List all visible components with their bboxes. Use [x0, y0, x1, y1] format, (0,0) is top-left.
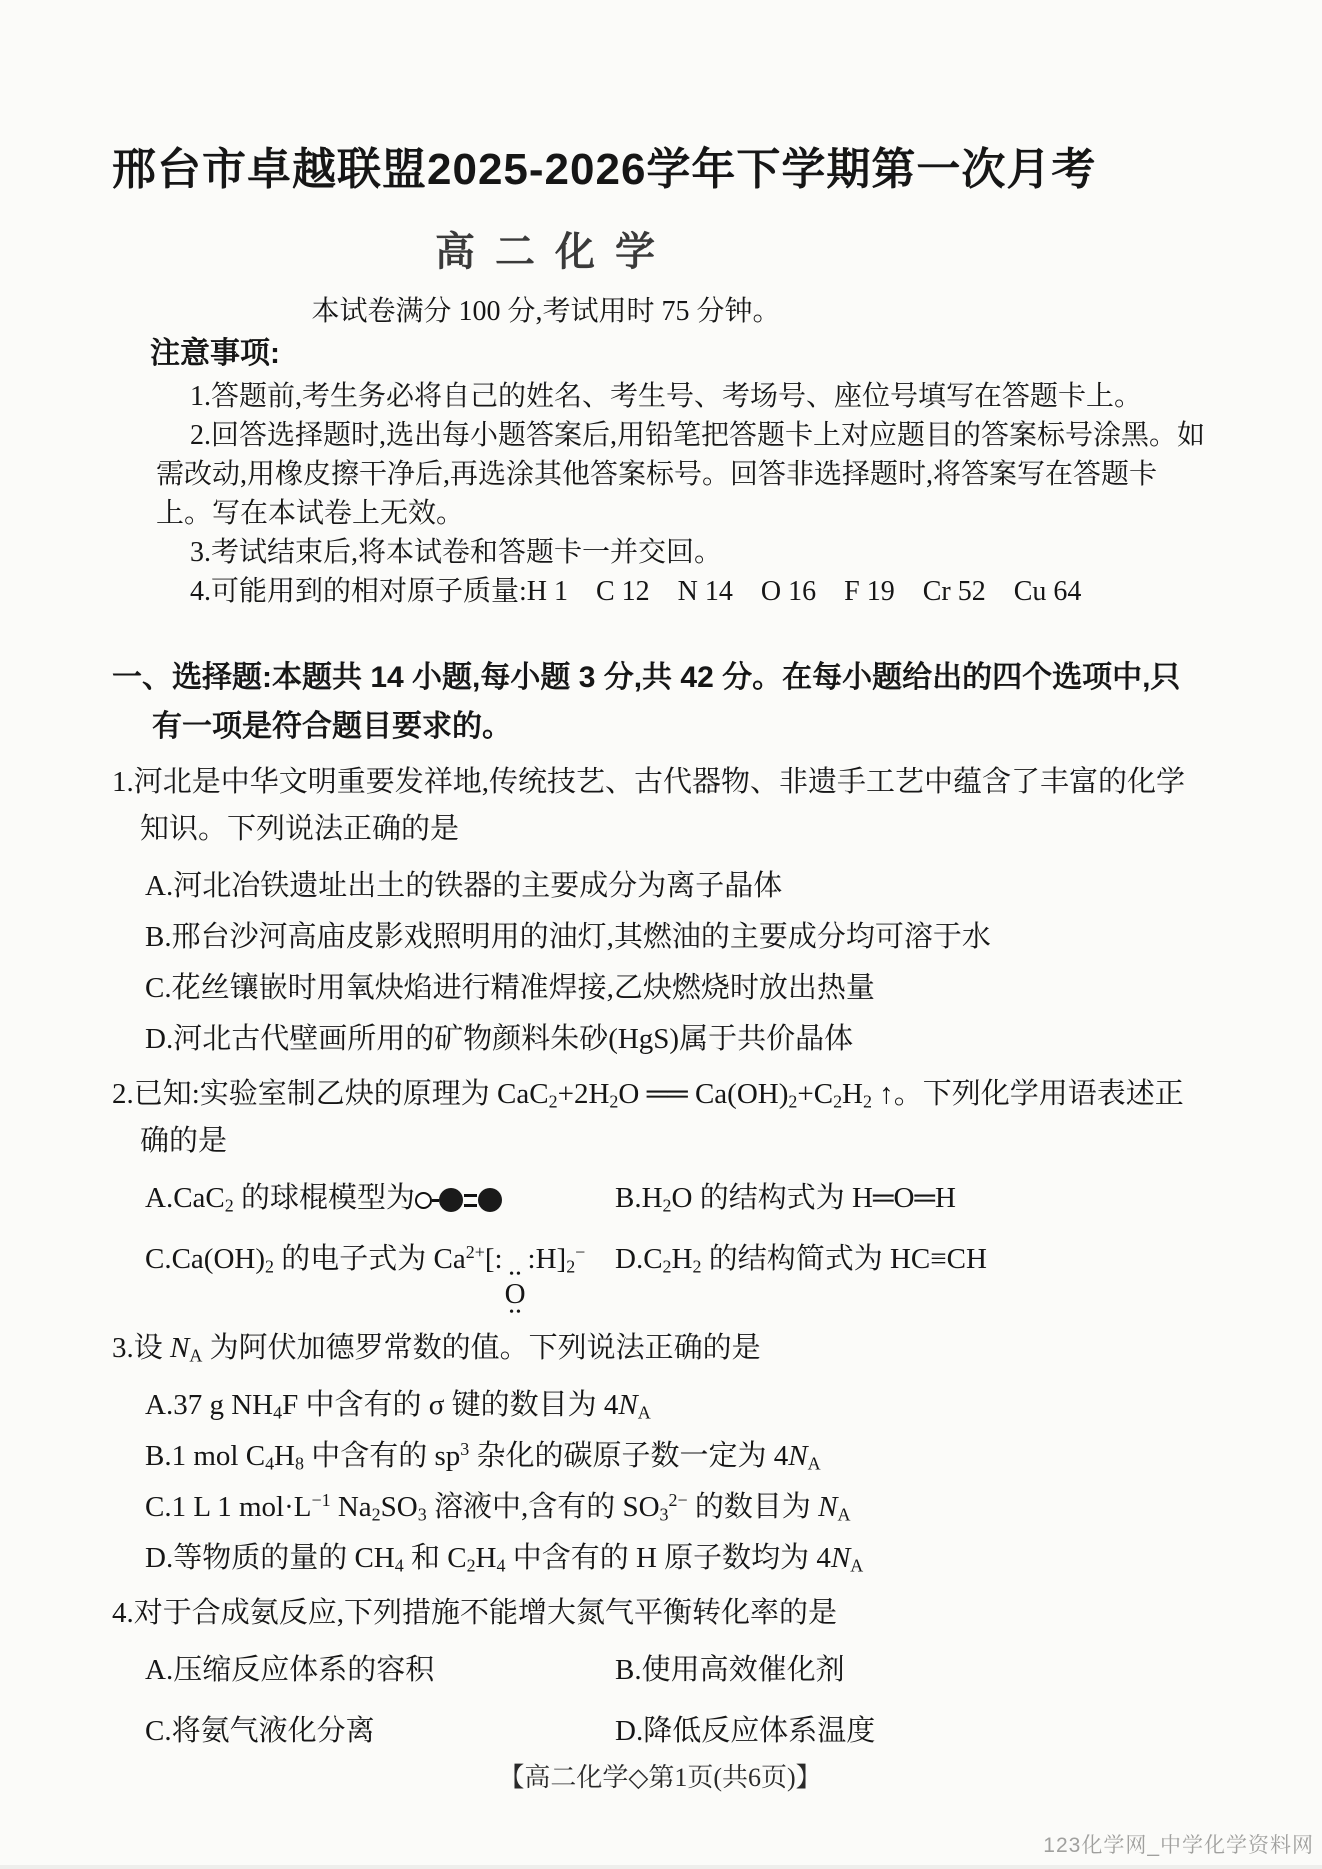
- question-2-option-A: A.CaC2 的球棍模型为: [145, 1175, 615, 1222]
- question-2-options: A.CaC2 的球棍模型为B.H2O 的结构式为 H═O═HC.Ca(OH)2 …: [112, 1175, 1208, 1317]
- question-4-stem: 4.对于合成氨反应,下列措施不能增大氮气平衡转化率的是: [112, 1590, 1208, 1637]
- question-1-option-B: B.邢台沙河高庙皮影戏照明用的油灯,其燃油的主要成分均可溶于水: [145, 914, 1208, 961]
- bond-icon: [432, 1199, 439, 1202]
- question-4-option-C: C.将氨气液化分离: [145, 1708, 615, 1755]
- question-3-option-C: C.1 L 1 mol·L−1 Na2SO3 溶液中,含有的 SO32− 的数目…: [145, 1484, 1208, 1531]
- exam-header: 邢台市卓越联盟2025-2026学年下学期第一次月考 高二化学 本试卷满分 10…: [112, 145, 980, 329]
- question-2-stem: 2.已知:实验室制乙炔的原理为 CaC2+2H2O ══ Ca(OH)2+C2H…: [112, 1071, 1208, 1165]
- question-4: 4.对于合成氨反应,下列措施不能增大氮气平衡转化率的是A.压缩反应体系的容积B.…: [112, 1590, 1208, 1755]
- question-3-stem: 3.设 NA 为阿伏加德罗常数的值。下列说法正确的是: [112, 1325, 1208, 1372]
- question-4-option-B: B.使用高效催化剂: [615, 1647, 1208, 1694]
- watermark: 123化学网_中学化学资料网: [1043, 1829, 1314, 1859]
- question-3-option-B: B.1 mol C4H8 中含有的 sp3 杂化的碳原子数一定为 4NA: [145, 1433, 1208, 1480]
- question-2-option-B: B.H2O 的结构式为 H═O═H: [615, 1175, 1208, 1222]
- bond-icon: [464, 1194, 477, 1207]
- question-3-options: A.37 g NH4F 中含有的 σ 键的数目为 4NAB.1 mol C4H8…: [112, 1382, 1208, 1582]
- exam-subject: 高二化学: [130, 229, 980, 275]
- notice-item-3: 3.考试结束后,将本试卷和答题卡一并交回。: [156, 533, 1208, 572]
- atom-ball-filled-icon: [478, 1188, 502, 1212]
- notice-item-4: 4.可能用到的相对原子质量:H 1 C 12 N 14 O 16 F 19 Cr…: [156, 572, 1208, 611]
- question-3: 3.设 NA 为阿伏加德罗常数的值。下列说法正确的是A.37 g NH4F 中含…: [112, 1325, 1208, 1582]
- question-1-stem: 1.河北是中华文明重要发祥地,传统技艺、古代器物、非遗手工艺中蕴含了丰富的化学知…: [112, 759, 1208, 853]
- question-4-options: A.压缩反应体系的容积B.使用高效催化剂C.将氨气液化分离D.降低反应体系温度: [112, 1647, 1208, 1755]
- question-1-option-A: A.河北冶铁遗址出土的铁器的主要成分为离子晶体: [145, 863, 1208, 910]
- question-2-option-C: C.Ca(OH)2 的电子式为 Ca2+[:••O••:H]2−: [145, 1236, 615, 1317]
- section-heading: 一、选择题:本题共 14 小题,每小题 3 分,共 42 分。在每小题给出的四个…: [112, 653, 1208, 751]
- question-2: 2.已知:实验室制乙炔的原理为 CaC2+2H2O ══ Ca(OH)2+C2H…: [112, 1071, 1208, 1317]
- atom-ball-filled-icon: [439, 1188, 463, 1212]
- atom-ball-open-icon: [415, 1192, 432, 1209]
- question-2-option-D: D.C2H2 的结构简式为 HC≡CH: [615, 1236, 1208, 1317]
- notice-section: 注意事项: 1.答题前,考生务必将自己的姓名、考生号、考场号、座位号填写在答题卡…: [112, 335, 1208, 611]
- notice-items: 1.答题前,考生务必将自己的姓名、考生号、考场号、座位号填写在答题卡上。 2.回…: [156, 377, 1208, 611]
- question-4-option-D: D.降低反应体系温度: [615, 1708, 1208, 1755]
- exam-title: 邢台市卓越联盟2025-2026学年下学期第一次月考: [112, 145, 980, 195]
- questions-area: 1.河北是中华文明重要发祥地,传统技艺、古代器物、非遗手工艺中蕴含了丰富的化学知…: [112, 759, 1208, 1755]
- page-footer: 【高二化学◇第1页(共6页)】: [112, 1763, 1208, 1793]
- question-1-option-D: D.河北古代壁画所用的矿物颜料朱砂(HgS)属于共价晶体: [145, 1016, 1208, 1063]
- notice-item-2: 2.回答选择题时,选出每小题答案后,用铅笔把答题卡上对应题目的答案标号涂黑。如需…: [156, 416, 1208, 533]
- question-4-option-A: A.压缩反应体系的容积: [145, 1647, 615, 1694]
- page-content: 邢台市卓越联盟2025-2026学年下学期第一次月考 高二化学 本试卷满分 10…: [0, 145, 1322, 1793]
- notice-heading: 注意事项:: [150, 335, 1208, 373]
- question-3-option-A: A.37 g NH4F 中含有的 σ 键的数目为 4NA: [145, 1382, 1208, 1429]
- question-1-options: A.河北冶铁遗址出土的铁器的主要成分为离子晶体B.邢台沙河高庙皮影戏照明用的油灯…: [112, 863, 1208, 1063]
- question-1-option-C: C.花丝镶嵌时用氧炔焰进行精准焊接,乙炔燃烧时放出热量: [145, 965, 1208, 1012]
- exam-info: 本试卷满分 100 分,考试用时 75 分钟。: [112, 295, 980, 329]
- question-3-option-D: D.等物质的量的 CH4 和 C2H4 中含有的 H 原子数均为 4NA: [145, 1535, 1208, 1582]
- question-1: 1.河北是中华文明重要发祥地,传统技艺、古代器物、非遗手工艺中蕴含了丰富的化学知…: [112, 759, 1208, 1063]
- electron-dot-oxygen: ••O••: [505, 1271, 526, 1317]
- exam-page: 邢台市卓越联盟2025-2026学年下学期第一次月考 高二化学 本试卷满分 10…: [0, 0, 1322, 1869]
- notice-item-1: 1.答题前,考生务必将自己的姓名、考生号、考场号、座位号填写在答题卡上。: [156, 377, 1208, 416]
